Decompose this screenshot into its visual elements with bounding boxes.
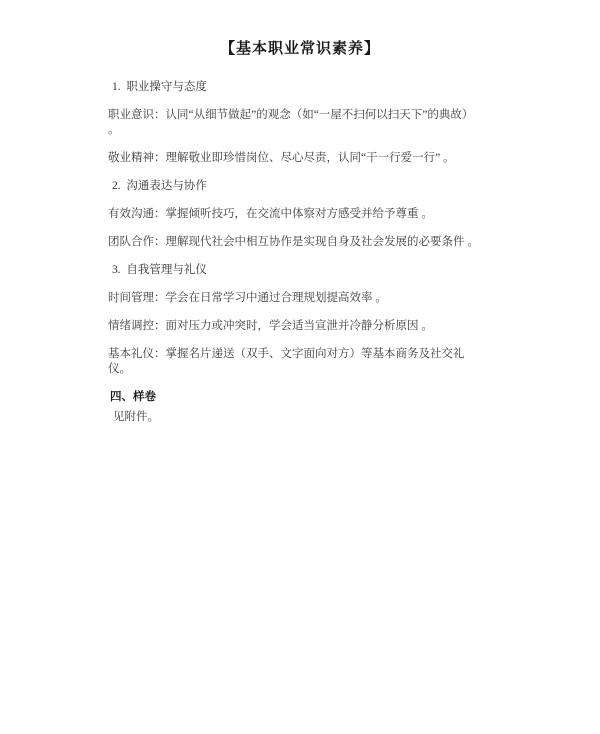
document-page: 【基本职业常识素养】 1. 职业操守与态度 职业意识：认同“从细节做起”的观念（… xyxy=(0,0,600,734)
section-2-paragraph-1: 有效沟通：掌握倾听技巧，在交流中体察对方感受并给予尊重 。 xyxy=(108,207,486,222)
section-1-heading: 1. 职业操守与态度 xyxy=(108,80,486,95)
section-3-paragraph-2: 情绪调控：面对压力或冲突时，学会适当宣泄并冷静分析原因 。 xyxy=(108,319,486,334)
section-2-heading: 2. 沟通表达与协作 xyxy=(108,179,486,194)
section-2-paragraph-2: 团队合作：理解现代社会中相互协作是实现自身及社会发展的必要条件 。 xyxy=(108,235,486,250)
closing-text: 见附件。 xyxy=(108,410,486,425)
closing-heading: 四、样卷 xyxy=(108,390,486,405)
section-3-paragraph-3: 基本礼仪：掌握名片递送（双手、文字面向对方）等基本商务及社交礼仪。 xyxy=(108,347,486,377)
document-body: 1. 职业操守与态度 职业意识：认同“从细节做起”的观念（如“一屋不扫何以扫天下… xyxy=(108,80,486,425)
section-3-paragraph-1: 时间管理：学会在日常学习中通过合理规划提高效率 。 xyxy=(108,291,486,306)
section-3-heading: 3. 自我管理与礼仪 xyxy=(108,263,486,278)
section-1-paragraph-2: 敬业精神：理解敬业即珍惜岗位、尽心尽责，认同“干一行爱一行” 。 xyxy=(108,151,486,166)
section-1-paragraph-1: 职业意识：认同“从细节做起”的观念（如“一屋不扫何以扫天下”的典故） 。 xyxy=(108,108,486,138)
document-title: 【基本职业常识素养】 xyxy=(0,40,600,59)
